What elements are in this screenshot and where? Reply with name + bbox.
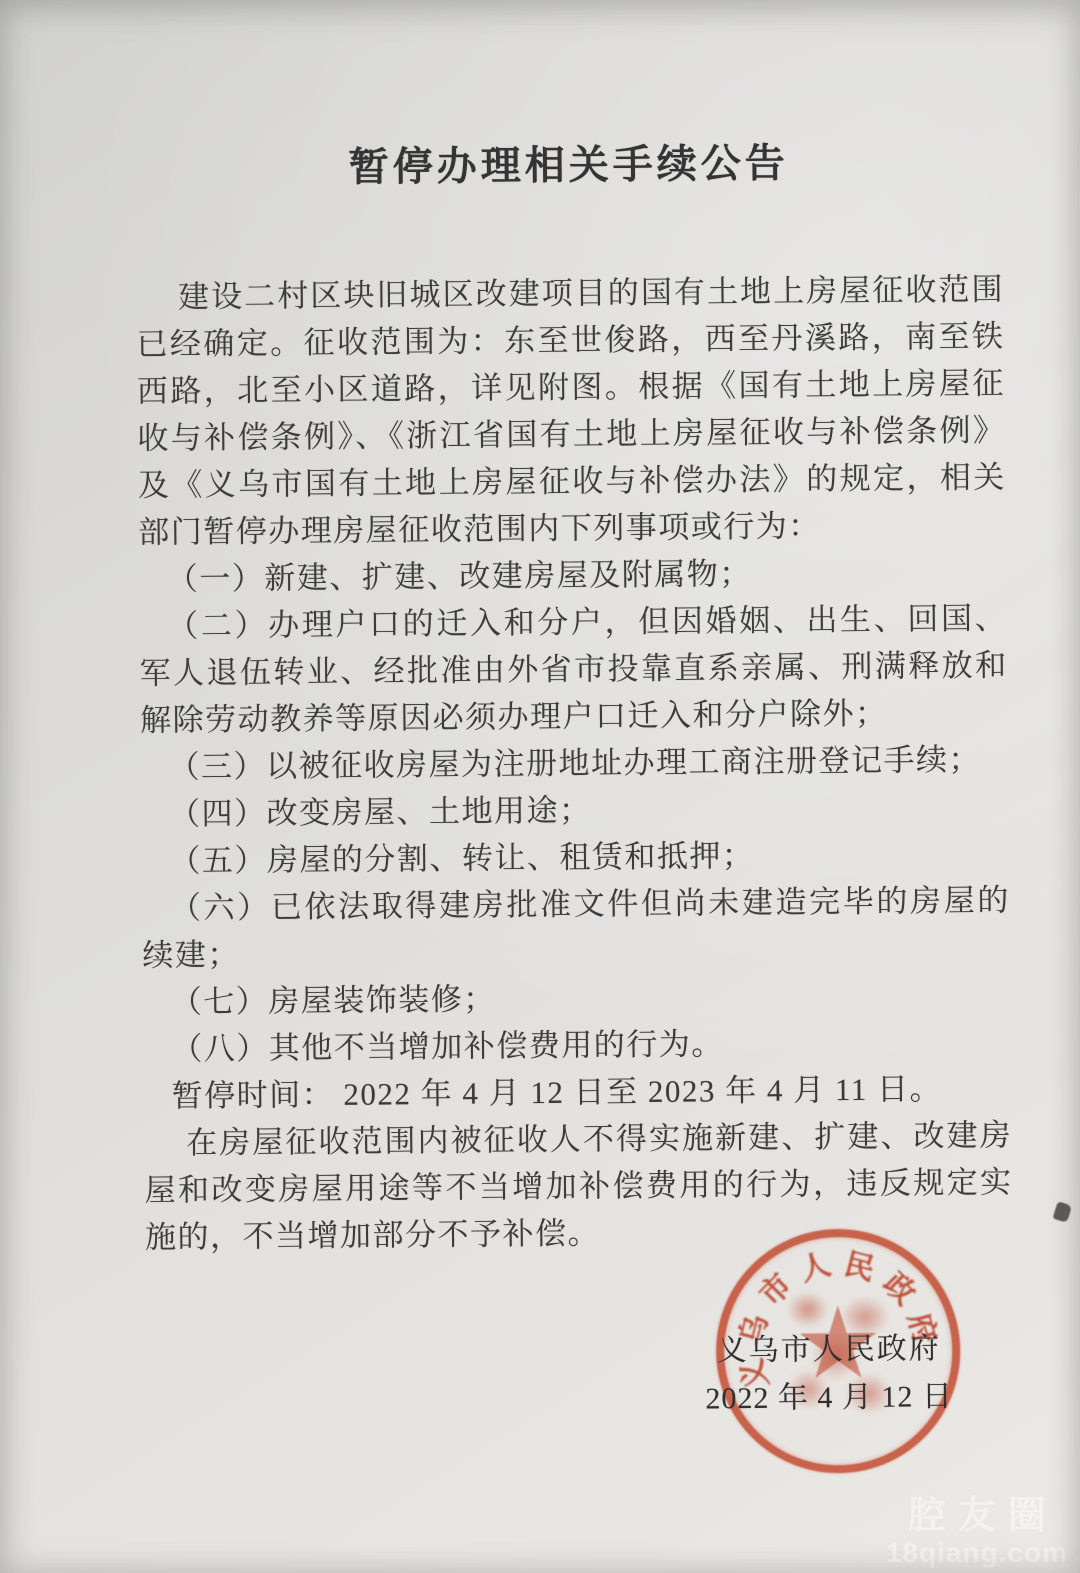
- paper-blemish: [1053, 1201, 1073, 1223]
- issue-date: 2022 年 4 月 12 日: [702, 1382, 957, 1414]
- list-item-7: （七）房屋装饰装修；: [143, 970, 1011, 1025]
- list-item-6: （六）已依法取得建房批准文件但尚未建造完毕的房屋的续建；: [142, 876, 1011, 978]
- paragraph-intro: 建设二村区块旧城区改建项目的国有土地上房屋征收范围已经确定。征收范围为：东至世俊…: [136, 266, 1007, 556]
- list-item-5: （五）房屋的分割、转让、租赁和抵押；: [141, 830, 1009, 885]
- list-item-3: （三）以被征收房屋为注册地址办理工商注册登记手续；: [140, 736, 1008, 791]
- photographed-document-page: 暂停办理相关手续公告 建设二村区块旧城区改建项目的国有土地上房屋征收范围已经确定…: [0, 0, 1080, 1573]
- document-body: 建设二村区块旧城区改建项目的国有土地上房屋征收范围已经确定。征收范围为：东至世俊…: [136, 266, 1013, 1261]
- suspension-period-line: 暂停时间： 2022 年 4 月 12 日至 2023 年 4 月 11 日。: [143, 1064, 1011, 1119]
- list-item-2: （二）办理户口的迁入和分户，但因婚姻、出生、回国、军人退伍转业、经批准由外省市投…: [139, 595, 1008, 744]
- issuer-name: 义乌市人民政府: [701, 1334, 956, 1366]
- list-item-8: （八）其他不当增加补偿费用的行为。: [143, 1017, 1011, 1072]
- list-item-4: （四）改变房屋、土地用途；: [141, 783, 1009, 838]
- announcement-document: 暂停办理相关手续公告 建设二村区块旧城区改建项目的国有土地上房屋征收范围已经确定…: [133, 0, 1013, 1261]
- document-tilt-wrapper: 暂停办理相关手续公告 建设二村区块旧城区改建项目的国有土地上房屋征收范围已经确定…: [0, 0, 1080, 1573]
- list-item-1: （一）新建、扩建、改建房屋及附属物；: [139, 548, 1007, 603]
- document-title: 暂停办理相关手续公告: [133, 0, 1003, 190]
- signature-block: 义乌市人民政府 2022 年 4 月 12 日: [701, 1334, 957, 1414]
